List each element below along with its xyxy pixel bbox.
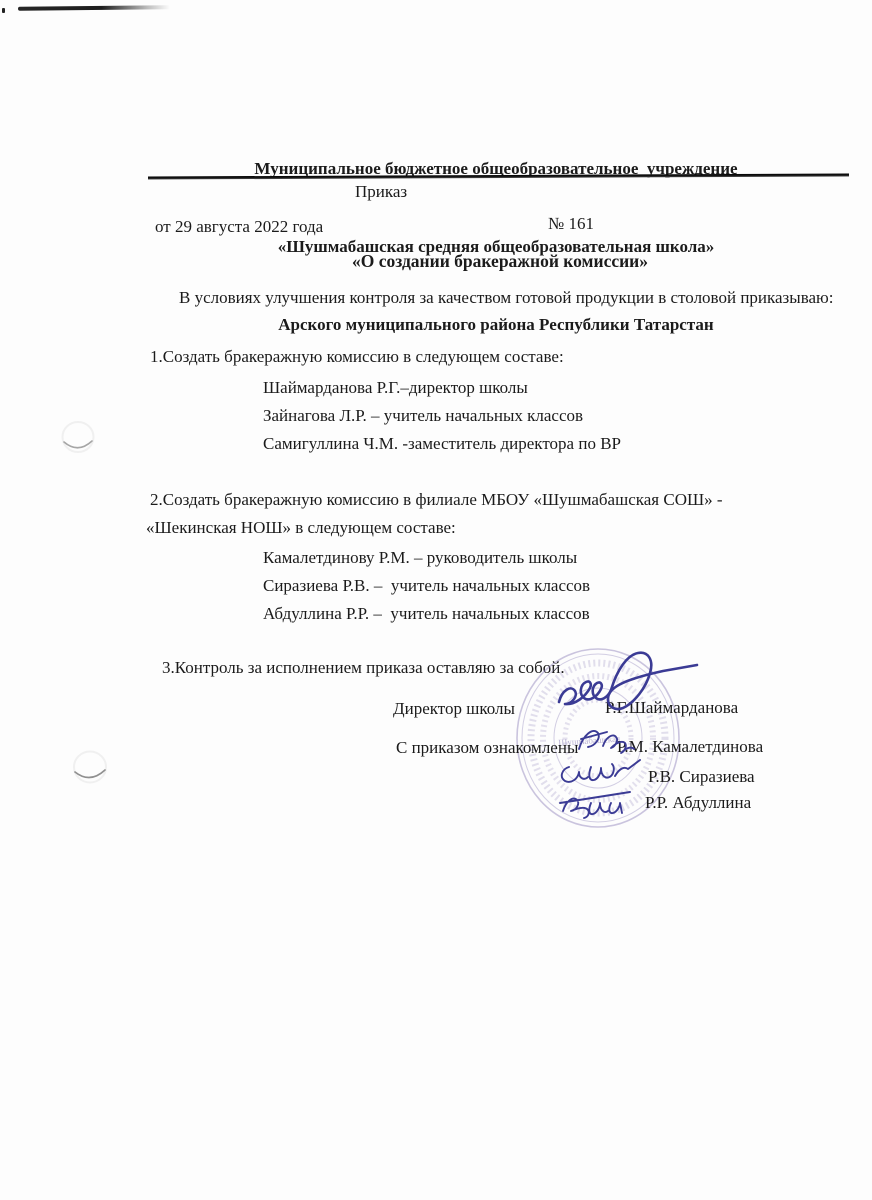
item-1-member-1: Шаймарданова Р.Г.–директор школы bbox=[263, 377, 528, 399]
org-name-line3: Арского муниципального района Республики… bbox=[147, 312, 845, 338]
director-signature bbox=[559, 653, 697, 709]
item-1: 1.Создать бракеражную комиссию в следующ… bbox=[150, 346, 564, 368]
order-date: от 29 августа 2022 года bbox=[155, 216, 323, 238]
hole-punch-mark-top bbox=[61, 421, 95, 455]
preamble: В условиях улучшения контроля за качеств… bbox=[179, 287, 859, 309]
kamaletdinova-signature bbox=[579, 731, 634, 753]
scanned-page: Муниципальное бюджетное общеобразователь… bbox=[0, 0, 872, 1200]
order-word: Приказ bbox=[355, 181, 407, 203]
item-2-line2: «Шекинская НОШ» в следующем составе: bbox=[146, 517, 456, 539]
item-2-line1: 2.Создать бракеражную комиссию в филиале… bbox=[150, 489, 723, 511]
item-2-member-2: Сиразиева Р.В. – учитель начальных класс… bbox=[263, 575, 590, 597]
director-label: Директор школы bbox=[393, 698, 515, 720]
item-3: 3.Контроль за исполнением приказа оставл… bbox=[162, 657, 565, 679]
item-1-member-2: Зайнагова Л.Р. – учитель начальных класс… bbox=[263, 405, 583, 427]
item-1-member-3: Самигуллина Ч.М. -заместитель директора … bbox=[263, 433, 621, 455]
sirazieva-signature bbox=[562, 760, 640, 782]
order-number: № 161 bbox=[548, 213, 594, 235]
item-2-member-3: Абдуллина Р.Р. – учитель начальных класс… bbox=[263, 603, 590, 625]
hole-punch-mark-bottom bbox=[72, 750, 108, 786]
scan-edge-line bbox=[18, 5, 170, 10]
abdullina-signature bbox=[560, 792, 630, 818]
handwritten-signatures bbox=[545, 645, 725, 825]
scan-dot bbox=[2, 8, 5, 13]
item-2-member-1: Камалетдинову Р.М. – руководитель школы bbox=[263, 547, 577, 569]
order-title: «О создании бракеражной комиссии» bbox=[150, 250, 850, 272]
